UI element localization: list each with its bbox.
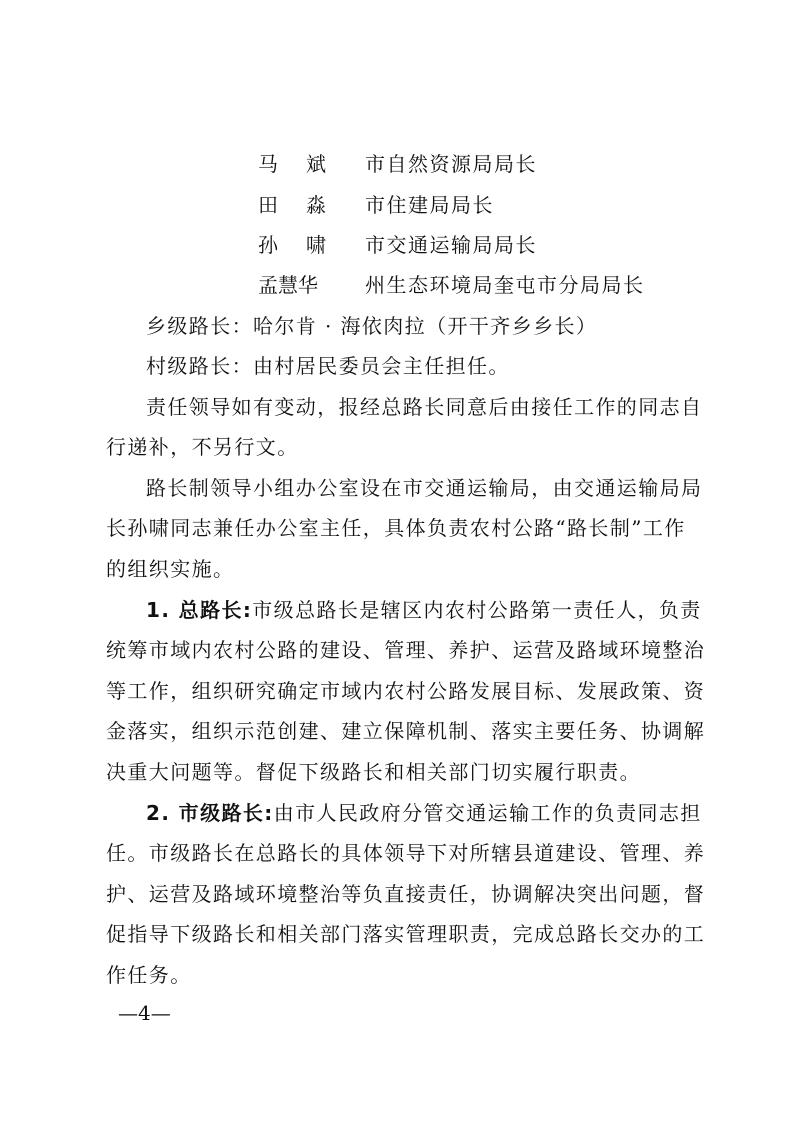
paragraph-line: 统筹市域内农村公路的建设、管理、养护、运营及路域环境整治 <box>106 637 696 663</box>
paragraph-line: 护、运营及路域环境整治等负直接责任，协调解决突出问题，督 <box>106 881 696 907</box>
section-2-heading: 2. 市级路长: <box>146 801 274 825</box>
village-label: 村级路长： <box>146 354 253 378</box>
page-number: —4— <box>118 1000 171 1026</box>
member-name: 马斌 <box>258 151 326 177</box>
member-title: 州生态环境局奎屯市分局局长 <box>365 272 645 298</box>
paragraph-line: 任。市级路长在总路长的具体领导下对所辖县道建设、管理、养 <box>106 840 696 866</box>
section-1-first-line: 1. 总路长:市级总路长是辖区内农村公路第一责任人，负责 <box>146 597 736 623</box>
paragraph-line: 等工作，组织研究确定市域内农村公路发展目标、发展政策、资 <box>106 678 696 704</box>
section-2-first-line: 2. 市级路长:由市人民政府分管交通运输工作的负责同志担 <box>146 800 736 826</box>
member-name: 孟慧华 <box>258 272 318 298</box>
section-1-heading: 1. 总路长: <box>146 598 252 622</box>
paragraph-line: 作任务。 <box>106 962 696 988</box>
township-value: 哈尔肯 · 海依肉拉（开干齐乡乡长） <box>253 314 597 338</box>
paragraph-line: 金落实，组织示范创建、建立保障机制、落实主要任务、协调解 <box>106 718 696 744</box>
member-title: 市住建局局长 <box>365 192 494 218</box>
village-value: 由村居民委员会主任担任。 <box>253 354 510 378</box>
village-leader-line: 村级路长：由村居民委员会主任担任。 <box>146 353 736 379</box>
paragraph-line: 路长制领导小组办公室设在市交通运输局，由交通运输局局 <box>146 475 736 501</box>
member-title: 市交通运输局局长 <box>365 232 537 258</box>
paragraph-line: 的组织实施。 <box>106 556 696 582</box>
township-label: 乡级路长： <box>146 314 253 338</box>
member-name: 孙啸 <box>258 232 326 258</box>
member-title: 市自然资源局局长 <box>365 151 537 177</box>
member-name: 田淼 <box>258 192 326 218</box>
paragraph-line: 决重大问题等。督促下级路长和相关部门切实履行职责。 <box>106 759 696 785</box>
paragraph-line: 长孙啸同志兼任办公室主任，具体负责农村公路“路长制”工作 <box>106 515 696 541</box>
paragraph-line: 行递补，不另行文。 <box>106 434 696 460</box>
paragraph-line: 促指导下级路长和相关部门落实管理职责，完成总路长交办的工 <box>106 921 696 947</box>
document-page: 马斌 市自然资源局局长 田淼 市住建局局长 孙啸 市交通运输局局长 孟慧华 州生… <box>0 0 793 1122</box>
paragraph-line: 责任领导如有变动，报经总路长同意后由接任工作的同志自 <box>146 394 736 420</box>
township-leader-line: 乡级路长：哈尔肯 · 海依肉拉（开干齐乡乡长） <box>146 313 736 339</box>
